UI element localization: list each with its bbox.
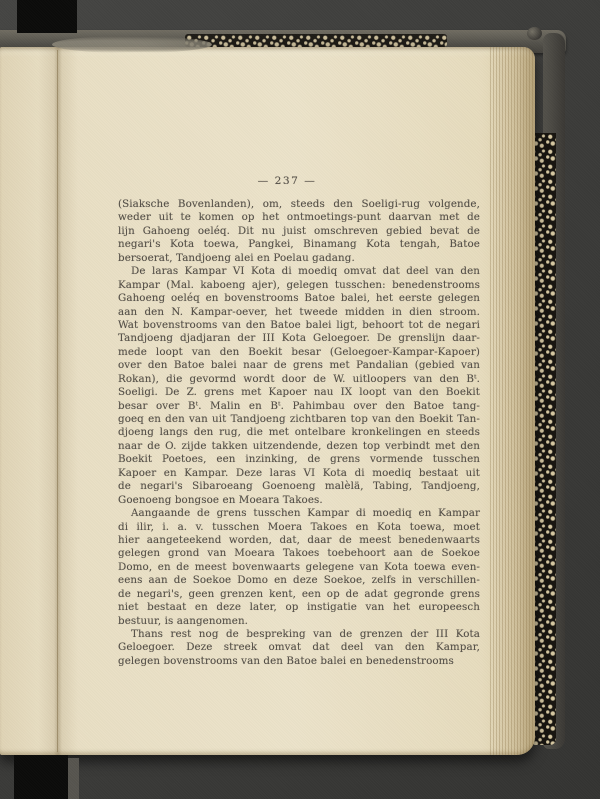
- text-line: hier aangeteekend worden, dat, daar de m…: [118, 534, 480, 547]
- page-number: — 237 —: [106, 174, 468, 188]
- text-line: djoeng langs den rug, die met ontelbare …: [118, 426, 480, 439]
- text-line: Kapoer en Kampar. Deze laras VI Kota di …: [118, 467, 480, 480]
- text-line: gelegen bovenstrooms van den Batoe balei…: [118, 655, 480, 668]
- page-stack-fore-edge: [488, 47, 535, 755]
- text-line: negari's Kota toewa, Pangkei, Binamang K…: [118, 238, 480, 251]
- text-line: aan den N. Kampar-oever, het tweede midd…: [118, 306, 480, 319]
- text-line: mede loopt van den Boekit besar (Geloego…: [118, 346, 480, 359]
- worn-headband: [52, 36, 212, 53]
- text-line: di ilir, i. a. v. tusschen Moera Takoes …: [118, 521, 480, 534]
- gutter-shadow: [38, 47, 78, 755]
- text-line: naar de O. zijde takken uitzendende, dez…: [118, 440, 480, 453]
- text-line: Domo, en de meest bovenwaarts gelegene v…: [118, 561, 480, 574]
- cover-corner-knob: [527, 27, 542, 40]
- text-line: weder uit te komen op het ontmoetings-pu…: [118, 211, 480, 224]
- marbled-cover-pattern-top: [185, 34, 447, 47]
- paragraphs: (Siaksche Bovenlanden), om, steeds den S…: [118, 198, 480, 668]
- text-line: bersoerat, Tandjoeng alei en Poelau gada…: [118, 252, 480, 265]
- text-line: de negari's Sibaroeang Goenoeng malèlä, …: [118, 480, 480, 493]
- text-line: Boekit Poetoes, een inzinking, de grens …: [118, 453, 480, 466]
- text-line: Gahoeng oeléq en bovenstrooms Batoe bale…: [118, 292, 480, 305]
- text-line: Kampar (Mal. kaboeng ajer), gelegen tuss…: [118, 279, 480, 292]
- text-line: de negari's, geen grenzen kent, een op d…: [118, 588, 480, 601]
- text-line: De laras Kampar VI Kota di moediq omvat …: [118, 265, 480, 278]
- text-line: over den Batoe balei naar de grens met P…: [118, 359, 480, 372]
- page-text: — 237 — (Siaksche Bovenlanden), om, stee…: [118, 174, 480, 668]
- scanner-notch-top: [17, 0, 77, 33]
- text-line: besar over Bᵗ. Malin en Bᵗ. Pahimbau ove…: [118, 400, 480, 413]
- text-line: (Siaksche Bovenlanden), om, steeds den S…: [118, 198, 480, 211]
- text-line: Soeligi. De Z. grens met Kapoer nau IX l…: [118, 386, 480, 399]
- gutter-fold-line: [57, 50, 58, 752]
- text-line: Thans rest nog de bespreking van de gren…: [118, 628, 480, 641]
- text-line: goeq en den van uit Tandjoeng zichtbaren…: [118, 413, 480, 426]
- text-line: Aangaande de grens tusschen Kampar di mo…: [118, 507, 480, 520]
- text-line: Rokan), die gevormd wordt door de W. uit…: [118, 373, 480, 386]
- book-page: — 237 — (Siaksche Bovenlanden), om, stee…: [0, 47, 535, 755]
- text-line: gelegen grond van Moeara Takoes toebehoo…: [118, 547, 480, 560]
- text-line: niet bestaat en deze later, op instigati…: [118, 601, 480, 614]
- text-line: Goenoeng bongsoe en Moeara Takoes.: [118, 494, 480, 507]
- text-line: eens aan de Soekoe Domo en deze Soekoe, …: [118, 574, 480, 587]
- text-line: Geloegoer. Deze streek omvat dat deel va…: [118, 641, 480, 654]
- text-line: Wat bovenstrooms van den Batoe balei lig…: [118, 319, 480, 332]
- cradle-strip: [68, 758, 79, 799]
- text-line: lijn Gahoeng oeléq. Dit nu juist omschre…: [118, 225, 480, 238]
- scanned-book-spread: — 237 — (Siaksche Bovenlanden), om, stee…: [0, 0, 600, 799]
- scanner-notch-bottom: [14, 755, 68, 799]
- text-line: bestuur, is aangenomen.: [118, 615, 480, 628]
- text-line: Tandjoeng djadjaran der III Kota Geloego…: [118, 332, 480, 345]
